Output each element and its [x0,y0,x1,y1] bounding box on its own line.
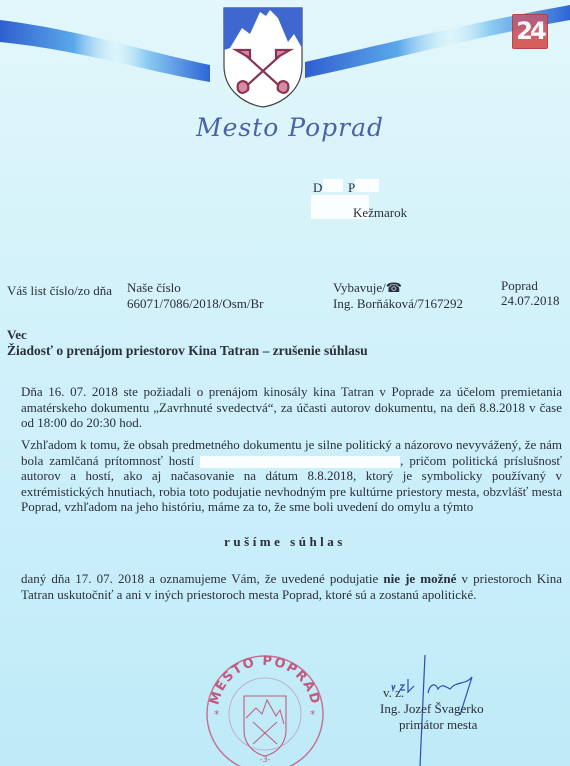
city-name-heading: Mesto Poprad [0,113,570,142]
handled-by-label: Vybavuje/☎ [333,280,402,295]
place: Poprad [501,278,538,293]
stamp-text: MESTO POPRAD [207,654,322,707]
decision-emphasis: nie je možné [383,571,456,586]
subject-label: Vec [7,327,27,342]
signatory-title: primátor mesta [399,717,477,732]
our-number-value: 66071/7086/2018/Osm/Br [127,296,264,311]
body-paragraph-reasoning: Vzhľadom k tomu, že obsah predmetného do… [21,437,562,515]
your-letter-label: Váš list číslo/zo dňa [7,283,112,298]
decision-text-start: daný dňa 17. 07. 2018 a oznamujeme Vám, … [21,571,383,586]
decision-heading: rušíme súhlas [0,534,570,549]
handled-by-value: Ing. Borňáková/7167292 [333,296,463,311]
our-number-label: Naše číslo [127,280,181,295]
redacted-block [355,179,379,192]
signature-prefix: v. z. [383,685,404,700]
body-paragraph-request: Dňa 16. 07. 2018 ste požiadali o prenájo… [21,384,562,431]
phone-icon: ☎ [386,280,402,295]
recipient-initial-first: D [313,180,322,195]
stamp-number: -3- [260,755,271,764]
subject-title: Žiadosť o prenájom priestorov Kina Tatra… [7,343,368,358]
date: 24.07.2018 [501,293,560,308]
handled-by-label-text: Vybavuje/ [333,280,386,295]
svg-text:*: * [310,708,316,721]
redacted-block [323,179,343,192]
svg-text:*: * [214,708,220,721]
redacted-block [200,456,400,468]
poprad-coat-of-arms-icon [220,4,306,108]
official-stamp: MESTO POPRAD * * -3- [200,650,330,766]
svg-text:MESTO POPRAD: MESTO POPRAD [207,654,322,707]
site-logo-badge: 24 [512,14,548,49]
body-paragraph-decision: daný dňa 17. 07. 2018 a oznamujeme Vám, … [21,571,562,602]
recipient-city: Kežmarok [353,205,407,220]
signatory-name: Ing. Jozef Švagerko [380,701,484,716]
